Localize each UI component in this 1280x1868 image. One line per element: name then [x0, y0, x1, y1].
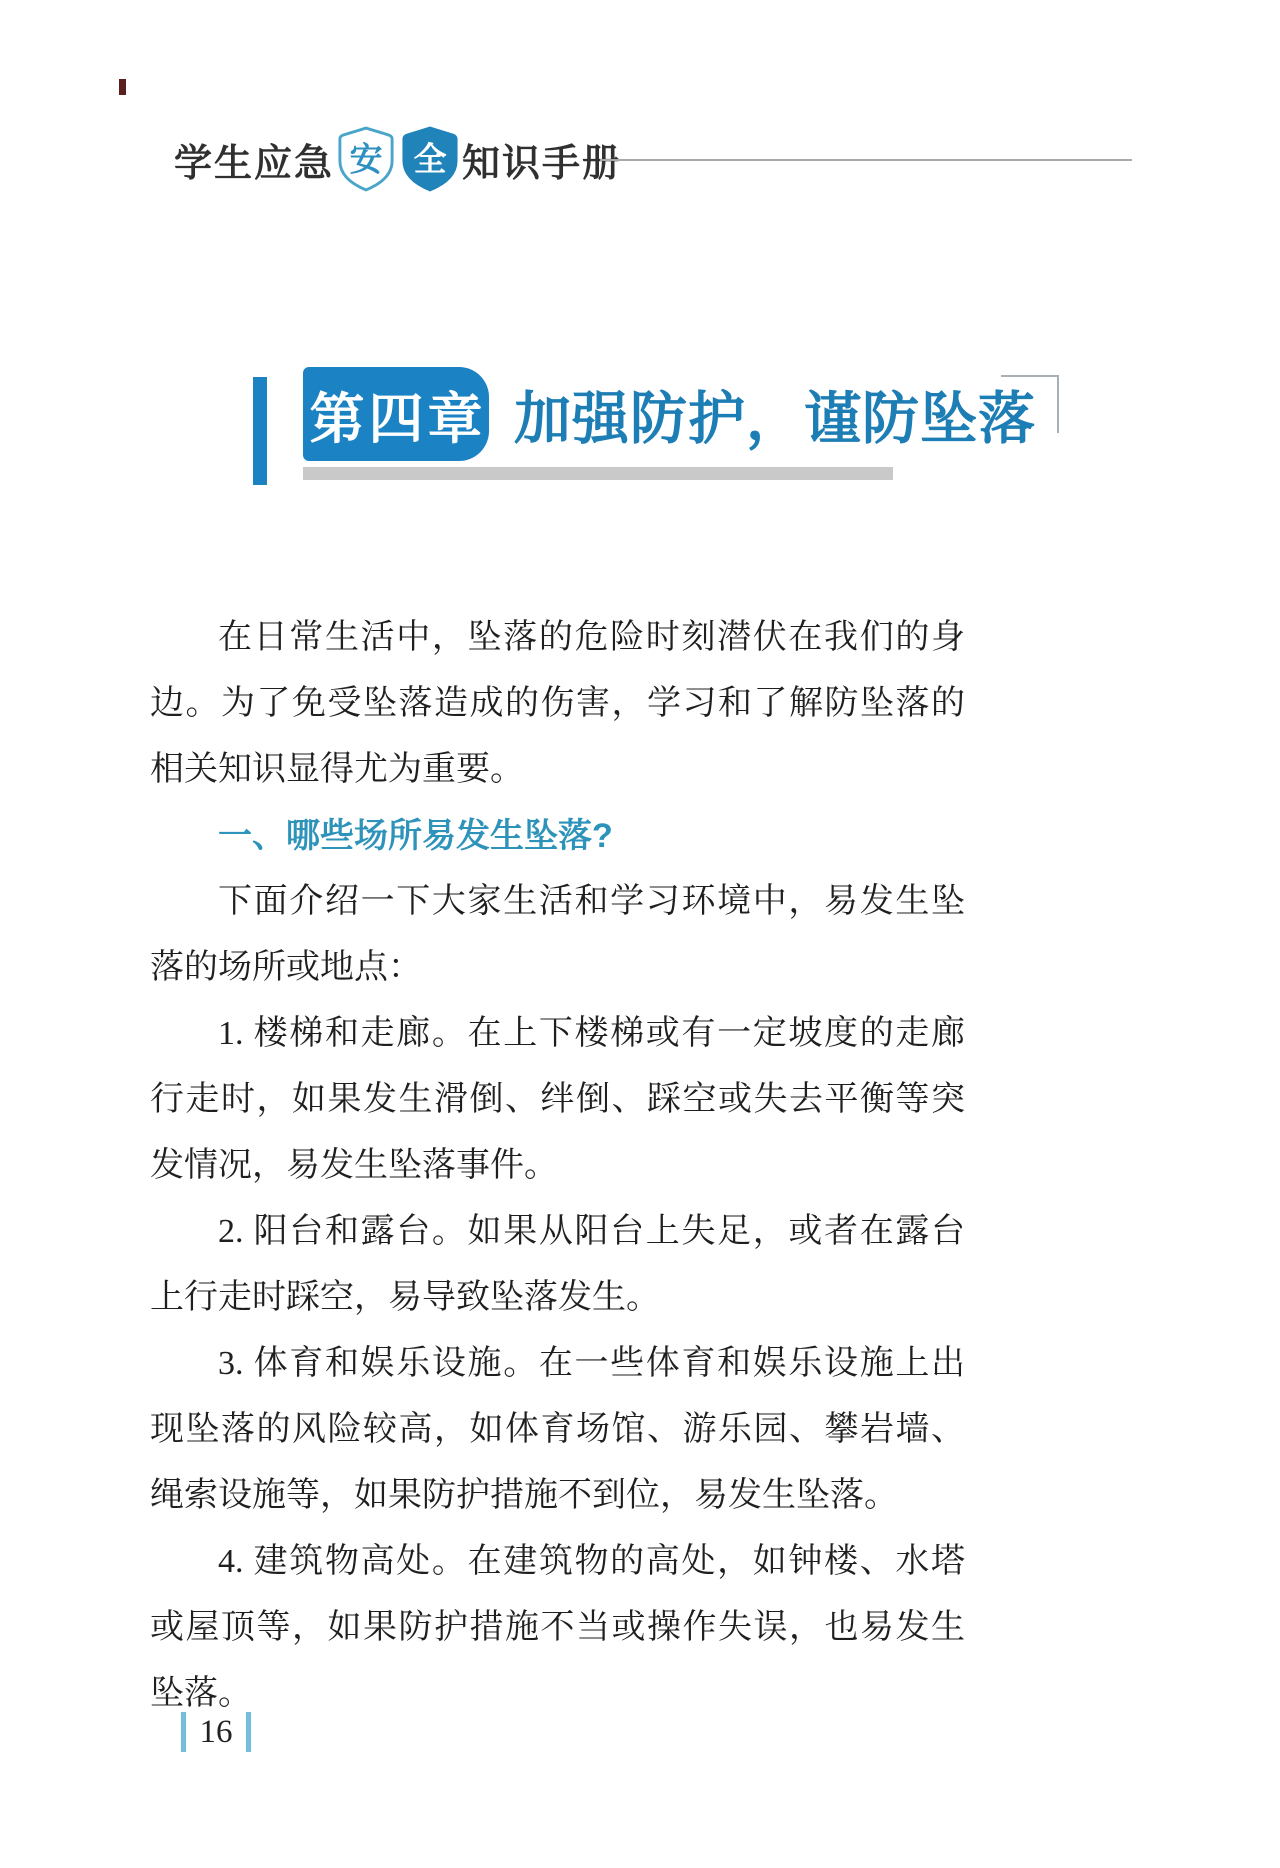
- shield-filled-icon: 全: [401, 124, 459, 194]
- pagenum-right-bar: [246, 1712, 251, 1752]
- brand-prefix: 学生应急: [174, 132, 334, 187]
- page-header: 学生应急 安 全 知识手册: [174, 122, 622, 196]
- page-number: 16: [186, 1714, 246, 1751]
- shield-back-char: 全: [414, 141, 447, 178]
- chapter-underline: [303, 467, 893, 480]
- corner-bracket-decoration: [1001, 375, 1059, 433]
- body-text: 在日常生活中，坠落的危险时刻潜伏在我们的身边。为了免受坠落造成的伤害，学习和了解…: [150, 605, 965, 1727]
- list-item-buildings: 4. 建筑物高处。在建筑物的高处，如钟楼、水塔或屋顶等，如果防护措施不当或操作失…: [150, 1529, 965, 1727]
- chapter-accent-bar: [253, 377, 267, 485]
- section-heading: 一、哪些场所易发生坠落?: [150, 803, 965, 869]
- shield-outline-icon: 安: [337, 124, 395, 194]
- list-item-balcony: 2. 阳台和露台。如果从阳台上失足，或者在露台上行走时踩空，易导致坠落发生。: [150, 1199, 965, 1331]
- lead-in-paragraph: 下面介绍一下大家生活和学习环境中，易发生坠落的场所或地点：: [150, 869, 965, 1001]
- chapter-title: 加强防护，谨防坠落: [514, 367, 1036, 461]
- brand-suffix: 知识手册: [462, 132, 622, 187]
- header-rule: [600, 159, 1132, 161]
- handbook-page: 学生应急 安 全 知识手册 第四章 加强防护，谨防坠落 在日常生活中，坠落的危险…: [0, 0, 1280, 1868]
- shield-front-char: 安: [350, 141, 383, 178]
- list-item-sports: 3. 体育和娱乐设施。在一些体育和娱乐设施上出现坠落的风险较高，如体育场馆、游乐…: [150, 1331, 965, 1529]
- scan-artifact: [119, 79, 126, 95]
- intro-paragraph: 在日常生活中，坠落的危险时刻潜伏在我们的身边。为了免受坠落造成的伤害，学习和了解…: [150, 605, 965, 803]
- page-footer: 16: [181, 1710, 251, 1754]
- list-item-stairs: 1. 楼梯和走廊。在上下楼梯或有一定坡度的走廊行走时，如果发生滑倒、绊倒、踩空或…: [150, 1001, 965, 1199]
- chapter-badge-label: 第四章: [309, 375, 486, 454]
- chapter-badge: 第四章: [303, 367, 489, 461]
